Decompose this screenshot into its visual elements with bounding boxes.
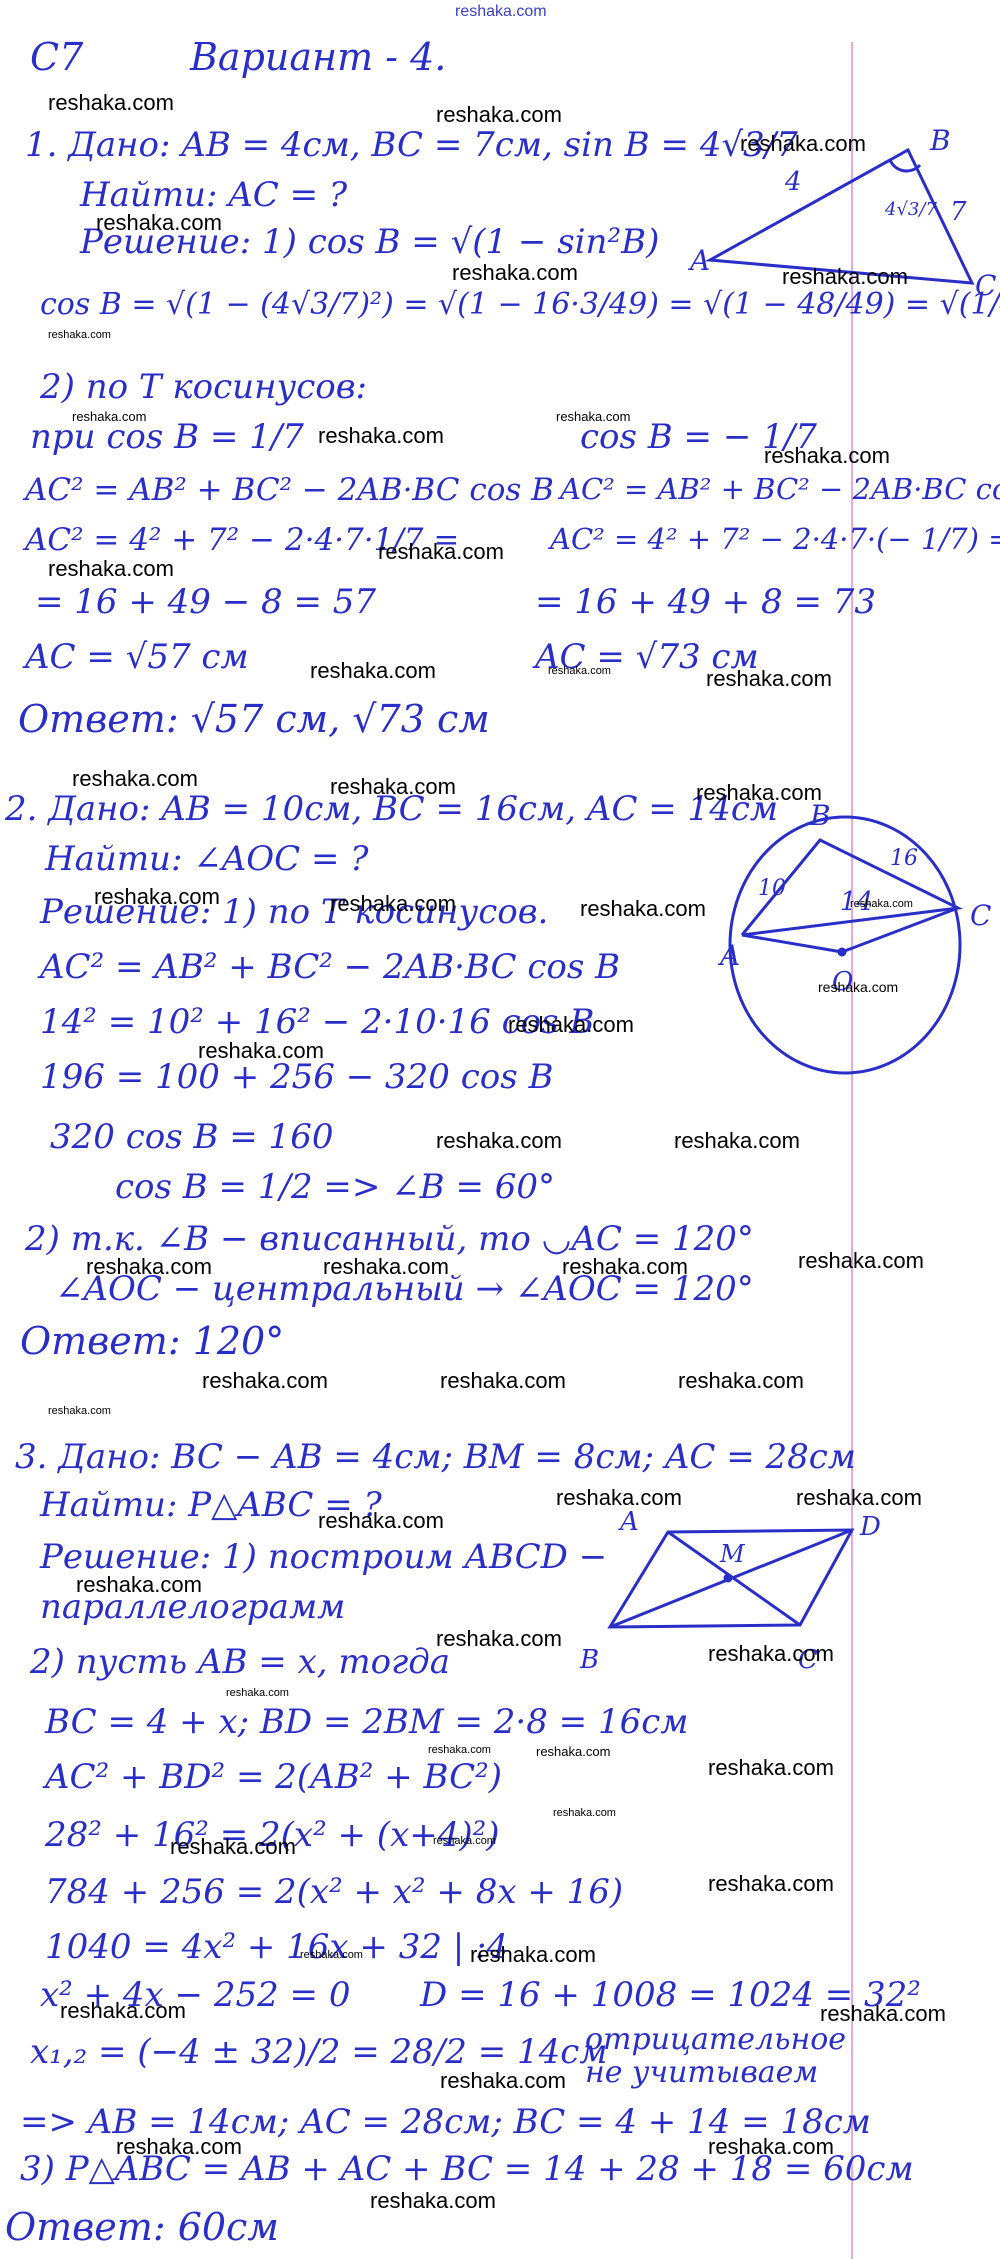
watermark: reshaka.com: [696, 782, 822, 804]
p3-answer: Ответ: 60см: [5, 2208, 279, 2246]
p2-formula: AC² = AB² + BC² − 2AB·BC cos B: [40, 950, 620, 984]
watermark: reshaka.com: [378, 541, 504, 563]
p2-find: Найти: ∠AOC = ?: [45, 842, 368, 876]
watermark: reshaka.com: [330, 776, 456, 798]
svg-text:B: B: [579, 1645, 599, 1675]
p1-answer: Ответ: √57 см, √73 см: [18, 700, 490, 738]
watermark: reshaka.com: [740, 133, 866, 155]
watermark: reshaka.com: [198, 1040, 324, 1062]
watermark: reshaka.com: [116, 2136, 242, 2158]
svg-text:A: A: [618, 1507, 639, 1537]
watermark: reshaka.com: [76, 1574, 202, 1596]
watermark: reshaka.com: [48, 92, 174, 114]
watermark: reshaka.com: [436, 1628, 562, 1650]
svg-text:C: C: [975, 269, 996, 302]
watermark: reshaka.com: [436, 1130, 562, 1152]
p1-case-neg-subst: AC² = 4² + 7² − 2·4·7·(− 1/7) =: [550, 525, 1000, 554]
watermark: reshaka.com: [440, 1370, 566, 1392]
svg-text:B: B: [929, 124, 951, 157]
svg-text:D: D: [859, 1512, 881, 1542]
p3-given: 3. Дано: BC − AB = 4см; BM = 8см; AC = 2…: [15, 1440, 856, 1474]
watermark: reshaka.com: [310, 660, 436, 682]
watermark: reshaka.com: [428, 1745, 491, 1756]
margin-line: [851, 42, 853, 2259]
watermark: reshaka.com: [562, 1256, 688, 1278]
svg-text:4√3/7: 4√3/7: [884, 199, 937, 220]
watermark: reshaka.com: [48, 1406, 111, 1417]
watermark: reshaka.com: [556, 1487, 682, 1509]
watermark: reshaka.com: [548, 666, 611, 677]
p3-roots: x₁,₂ = (−4 ± 32)/2 = 28/2 = 14см: [30, 2035, 608, 2069]
watermark: reshaka.com: [782, 266, 908, 288]
watermark: reshaka.com: [850, 899, 913, 910]
watermark: reshaka.com: [708, 2136, 834, 2158]
watermark: reshaka.com: [580, 898, 706, 920]
watermark: reshaka.com: [708, 1757, 834, 1779]
p1-case-pos-formula: AC² = AB² + BC² − 2AB·BC cos B: [25, 475, 554, 506]
watermark: reshaka.com: [72, 410, 146, 423]
watermark: reshaka.com: [330, 893, 456, 915]
watermark: reshaka.com: [226, 1688, 289, 1699]
p1-case-pos-label: при cos B = 1/7: [30, 420, 304, 454]
watermark: reshaka.com: [820, 2003, 946, 2025]
watermark: reshaka.com: [60, 2000, 186, 2022]
watermark: reshaka.com: [202, 1370, 328, 1392]
watermark: reshaka.com: [318, 425, 444, 447]
watermark: reshaka.com: [433, 1836, 496, 1847]
watermark: reshaka.com: [508, 1014, 634, 1036]
watermark: reshaka.com: [96, 212, 222, 234]
p2-answer: Ответ: 120°: [20, 1322, 284, 1360]
watermark: reshaka.com: [452, 262, 578, 284]
watermark: reshaka.com: [678, 1370, 804, 1392]
p3-expand: 784 + 256 = 2(x² + x² + 8x + 16): [45, 1875, 623, 1909]
watermark: reshaka.com: [440, 2070, 566, 2092]
watermark: reshaka.com: [300, 1950, 363, 1961]
variant-title: Вариант - 4.: [190, 38, 446, 76]
p3-solution-step1: Решение: 1) построим ABCD −: [40, 1540, 607, 1574]
watermark: reshaka.com: [708, 1643, 834, 1665]
svg-text:C: C: [970, 899, 991, 932]
task-code: С7: [30, 38, 83, 76]
p1-case-neg-formula: AC² = AB² + BC² − 2AB·BC cos B: [560, 475, 1000, 504]
watermark: reshaka.com: [323, 1256, 449, 1278]
p1-given: 1. Дано: AB = 4см, BC = 7см, sin B = 4√3…: [25, 128, 798, 162]
watermark: reshaka.com: [708, 1873, 834, 1895]
watermark: reshaka.com: [48, 330, 111, 341]
svg-text:A: A: [717, 939, 740, 972]
p2-line3: 196 = 100 + 256 − 320 cos B: [40, 1060, 553, 1094]
watermark: reshaka.com: [556, 410, 630, 423]
watermark: reshaka.com: [48, 558, 174, 580]
watermark: reshaka.com: [818, 980, 898, 994]
p3-note-line1: отрицательное: [585, 2025, 846, 2055]
p1-case-pos-ac: AC = √57 см: [25, 640, 249, 674]
watermark: reshaka.com: [553, 1808, 616, 1819]
p2-line5: cos B = 1/2 => ∠B = 60°: [115, 1170, 555, 1204]
svg-text:4: 4: [784, 167, 802, 197]
svg-text:16: 16: [890, 846, 918, 871]
p3-identity: AC² + BD² = 2(AB² + BC²): [45, 1760, 502, 1794]
watermark: reshaka.com: [72, 768, 198, 790]
watermark: reshaka.com: [674, 1130, 800, 1152]
watermark: reshaka.com: [94, 886, 220, 908]
svg-text:M: M: [719, 1540, 746, 1568]
watermark: reshaka.com: [86, 1256, 212, 1278]
watermark: reshaka.com: [798, 1250, 924, 1272]
p3-step2: 2) пусть AB = x, тогда: [30, 1645, 450, 1679]
p3-simplify: 1040 = 4x² + 16x + 32 | :4: [45, 1930, 508, 1964]
watermark: reshaka.com: [536, 1745, 610, 1758]
watermark: reshaka.com: [436, 104, 562, 126]
svg-text:A: A: [687, 244, 710, 277]
p2-step2: 2) т.к. ∠B − вписанный, то ◡AC = 120°: [25, 1222, 754, 1256]
watermark: reshaka.com: [796, 1487, 922, 1509]
p1-find: Найти: AC = ?: [80, 178, 347, 212]
svg-text:7: 7: [950, 197, 967, 227]
p1-step2: 2) по Т косинусов:: [40, 370, 367, 404]
p1-case-pos-result: = 16 + 49 − 8 = 57: [35, 585, 376, 619]
watermark: reshaka.com: [470, 1944, 596, 1966]
p2-circle-figure: A B C O 10 16 14: [690, 800, 1000, 1080]
p3-note-line2: не учитываем: [585, 2058, 818, 2088]
watermark: reshaka.com: [706, 668, 832, 690]
p3-line-bc: BC = 4 + x; BD = 2BM = 2·8 = 16см: [45, 1705, 688, 1739]
worksheet-page: reshaka.com С7 Вариант - 4. 1. Дано: AB …: [0, 0, 1000, 2259]
svg-text:10: 10: [758, 876, 786, 901]
p1-case-neg-result: = 16 + 49 + 8 = 73: [535, 585, 876, 619]
watermark: reshaka.com: [370, 2190, 496, 2212]
watermark: reshaka.com: [318, 1510, 444, 1532]
watermark: reshaka.com: [170, 1836, 296, 1858]
p2-line4: 320 cos B = 160: [50, 1120, 333, 1154]
site-header[interactable]: reshaka.com: [455, 4, 547, 20]
watermark: reshaka.com: [764, 445, 890, 467]
